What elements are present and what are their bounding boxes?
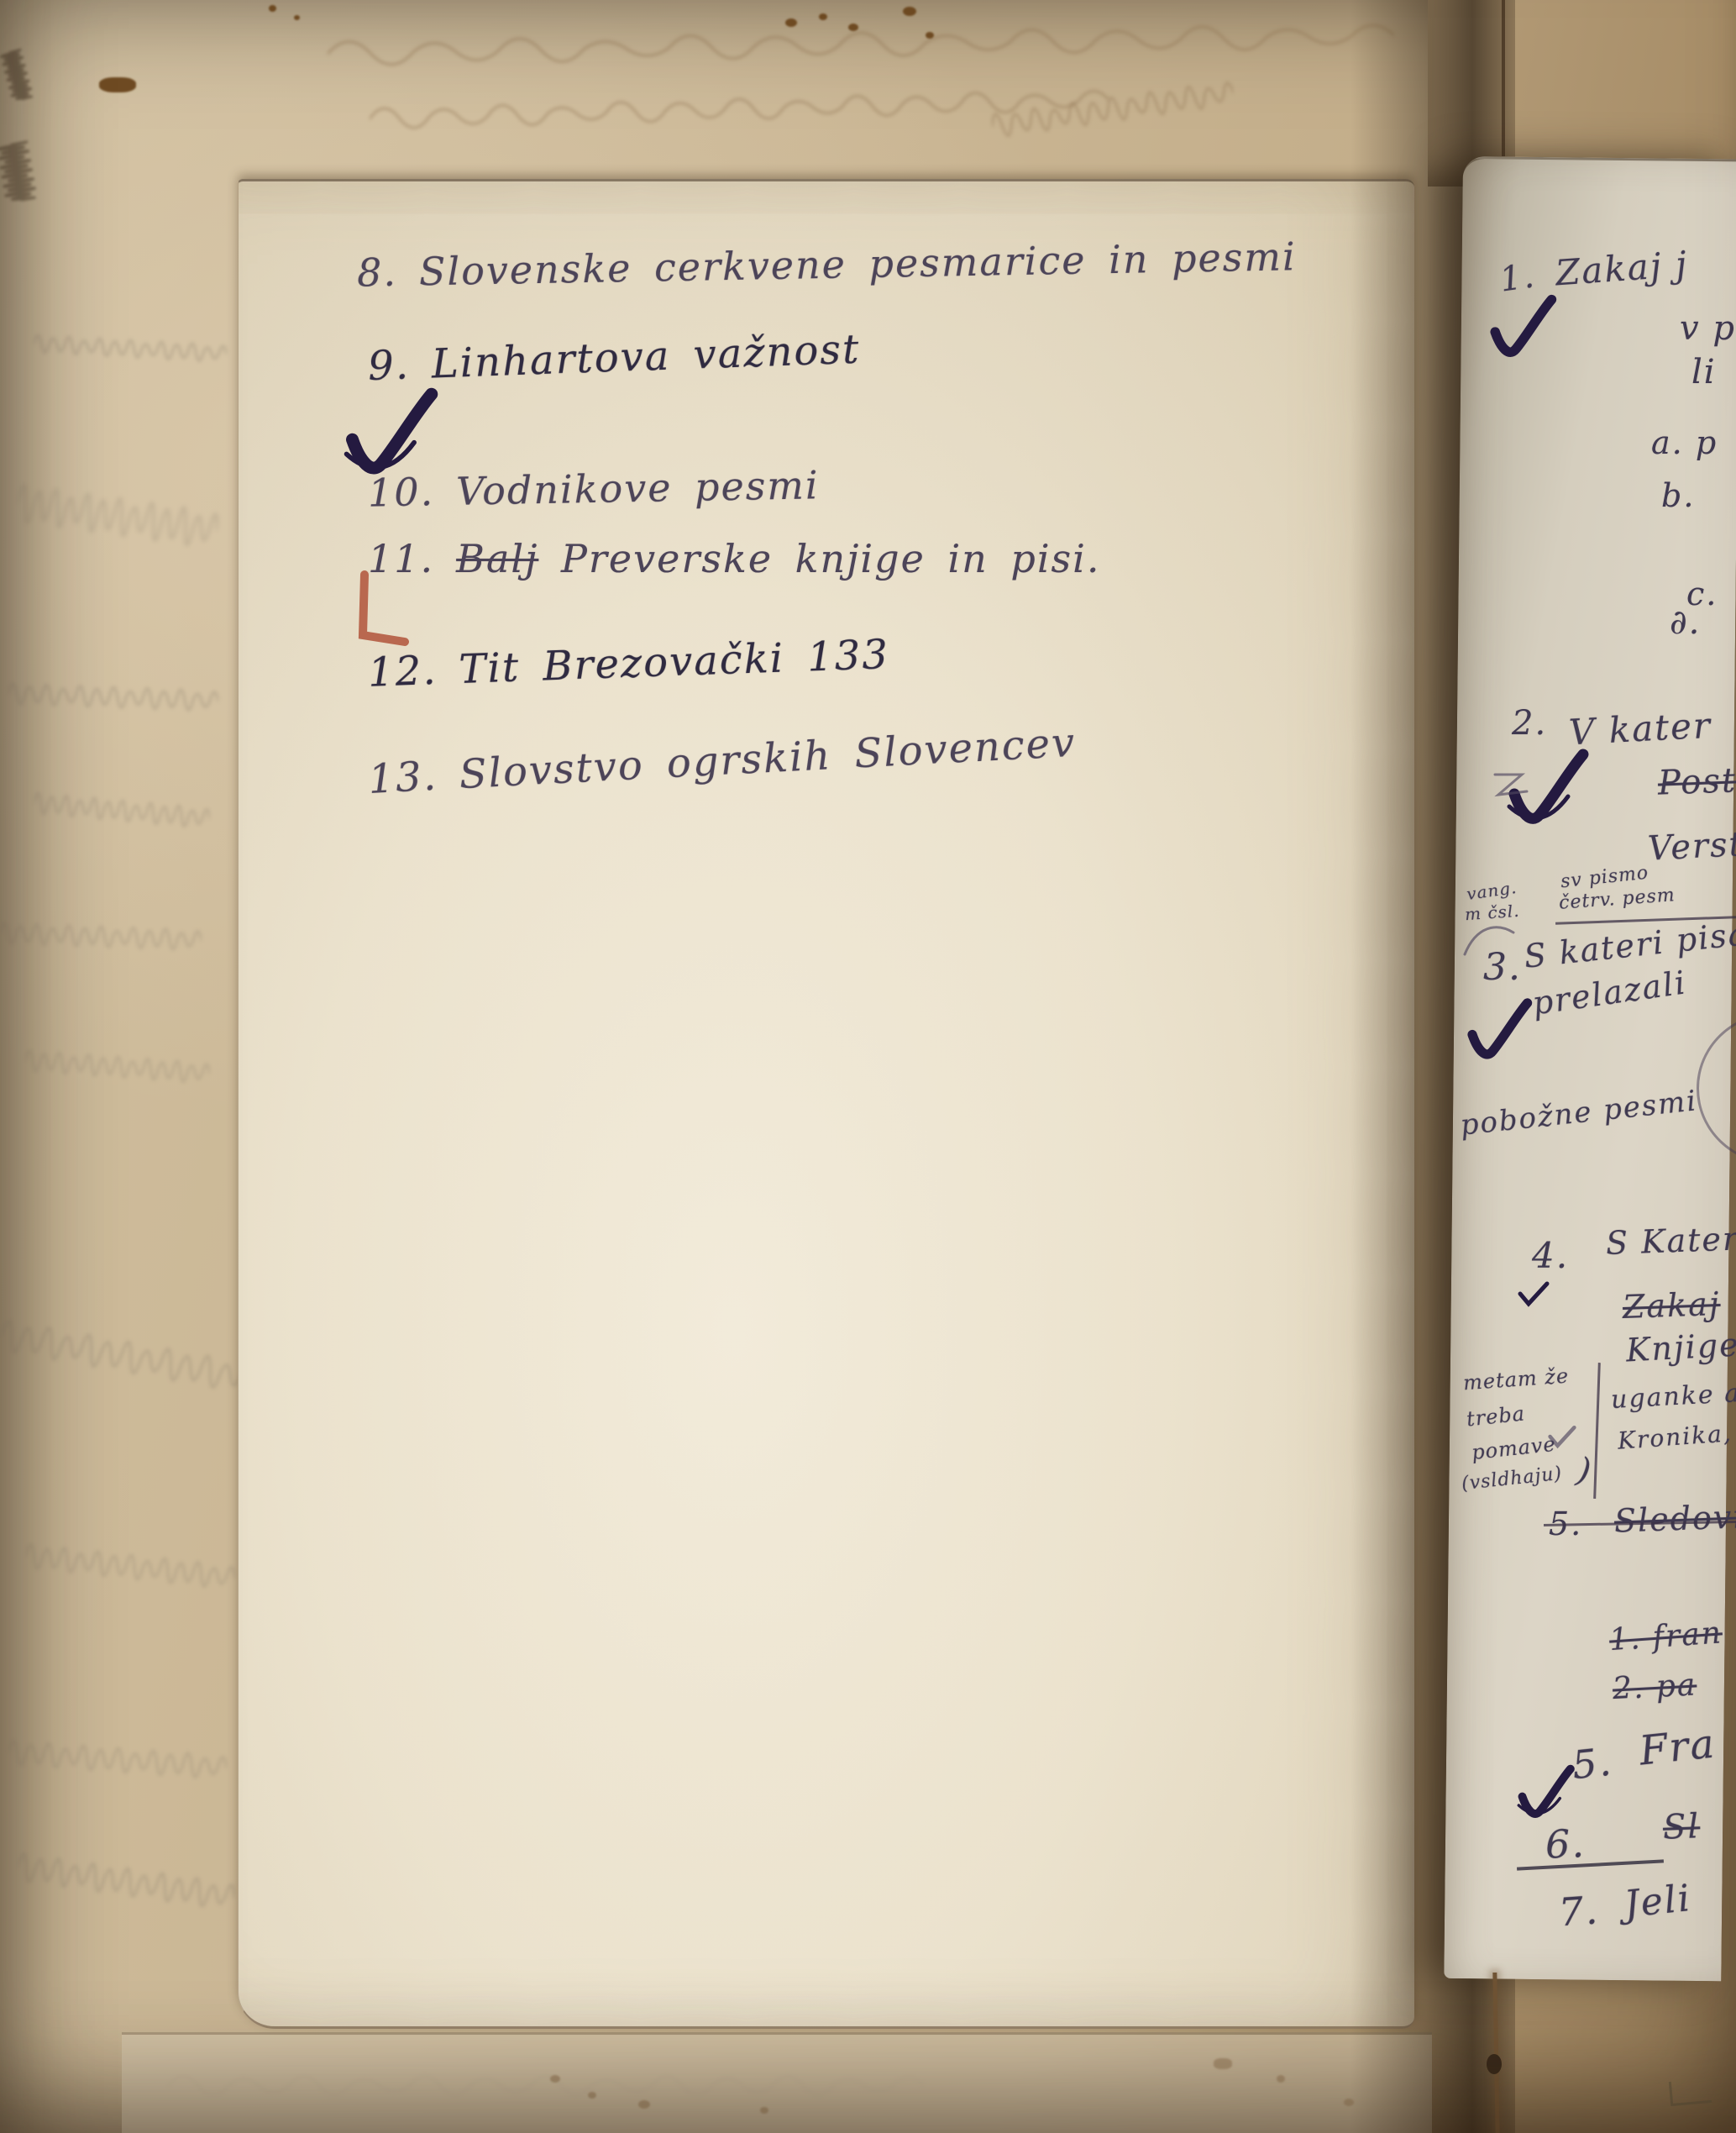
bleedthrough-text-line [32, 778, 212, 843]
ink-spot [903, 7, 916, 16]
ink-spot [848, 24, 858, 31]
item-number: 13. [367, 753, 438, 803]
fragment: V kater [1568, 705, 1712, 754]
checkmark-icon [1485, 294, 1560, 363]
fragment: Verst [1647, 825, 1736, 869]
checkmark-icon [1510, 1764, 1581, 1823]
item-text: Vodnikove pesmi [456, 462, 820, 514]
bleedthrough-text-line [24, 1035, 212, 1098]
ink-spot [819, 13, 827, 20]
under-sheet-edge [122, 2032, 1432, 2133]
fragment-2: 2. [1512, 704, 1547, 743]
bleedthrough-text-line [0, 908, 202, 965]
checkmark-icon [1466, 991, 1533, 1071]
cover-edge-mark [0, 45, 48, 106]
cover-edge-mark [0, 137, 59, 208]
bleedthrough-text-line [8, 669, 219, 727]
list-item-10: 10.Vodnikove pesmi [368, 462, 821, 515]
fragment: li [1691, 353, 1717, 391]
struck-fragment: Post [1657, 761, 1736, 802]
ink-spot [785, 18, 797, 27]
open-book-photo: 8.Slovenske cerkvene pesmarice in pesmi … [0, 0, 1736, 2133]
worm-hole [1487, 2054, 1502, 2074]
bleedthrough-text-line [7, 1723, 228, 1797]
fragment: Jeli [1623, 1877, 1694, 1926]
fragment: b. [1661, 477, 1695, 514]
struck-word: Balj [456, 536, 538, 581]
item-number: 8. [357, 250, 398, 296]
pressed-stem [1492, 1973, 1499, 2133]
fragment-4: 4. [1532, 1235, 1569, 1276]
fragment-7: 7. [1557, 1887, 1601, 1935]
fragment: Knjige [1625, 1326, 1736, 1369]
item-text: Preverske knjige in pisi. [561, 536, 1101, 581]
fragment: ∂. [1670, 603, 1701, 642]
fragment: Fra [1637, 1720, 1718, 1774]
ink-spot [99, 77, 136, 92]
struck-fragment: Sl [1662, 1807, 1701, 1847]
fragment: a. p [1651, 424, 1718, 461]
bleedthrough-text-line [989, 63, 1238, 155]
faint-corner-mark [1669, 2078, 1712, 2106]
item-number: 10. [368, 469, 435, 515]
fragment-1: 1. [1497, 256, 1538, 299]
bleedthrough-text-line [13, 1833, 239, 1930]
small-checkmark-icon [1517, 1280, 1550, 1307]
ink-spot [926, 32, 934, 39]
fragment: v p [1680, 309, 1736, 348]
ink-spot [294, 15, 300, 20]
bleedthrough-text-line [12, 457, 224, 576]
fragment-6: 6. [1545, 1820, 1587, 1868]
red-corner-check-icon [353, 570, 412, 649]
item-number: 12. [367, 647, 438, 696]
struck-fragment: 2. pa [1612, 1668, 1697, 1706]
bleedthrough-text-line [327, 6, 1394, 83]
bleedthrough-text-line [23, 1526, 238, 1607]
struck-fragment: Zakaj [1622, 1285, 1721, 1326]
pencil-z-mark [1488, 766, 1539, 808]
bleedthrough-text-line [0, 1298, 257, 1416]
ink-spot [269, 5, 276, 12]
pencil-curve-mark [1460, 917, 1518, 968]
struck-fragment: Sledovi [1613, 1498, 1736, 1539]
bleedthrough-text-line [33, 323, 228, 375]
list-item-11: 11.Balj Preverske knjige in pisi. [368, 536, 1101, 581]
page-crease [1502, 0, 1505, 156]
bleedthrough-text-line [369, 74, 1109, 144]
fragment: S Kateri [1605, 1220, 1736, 1262]
